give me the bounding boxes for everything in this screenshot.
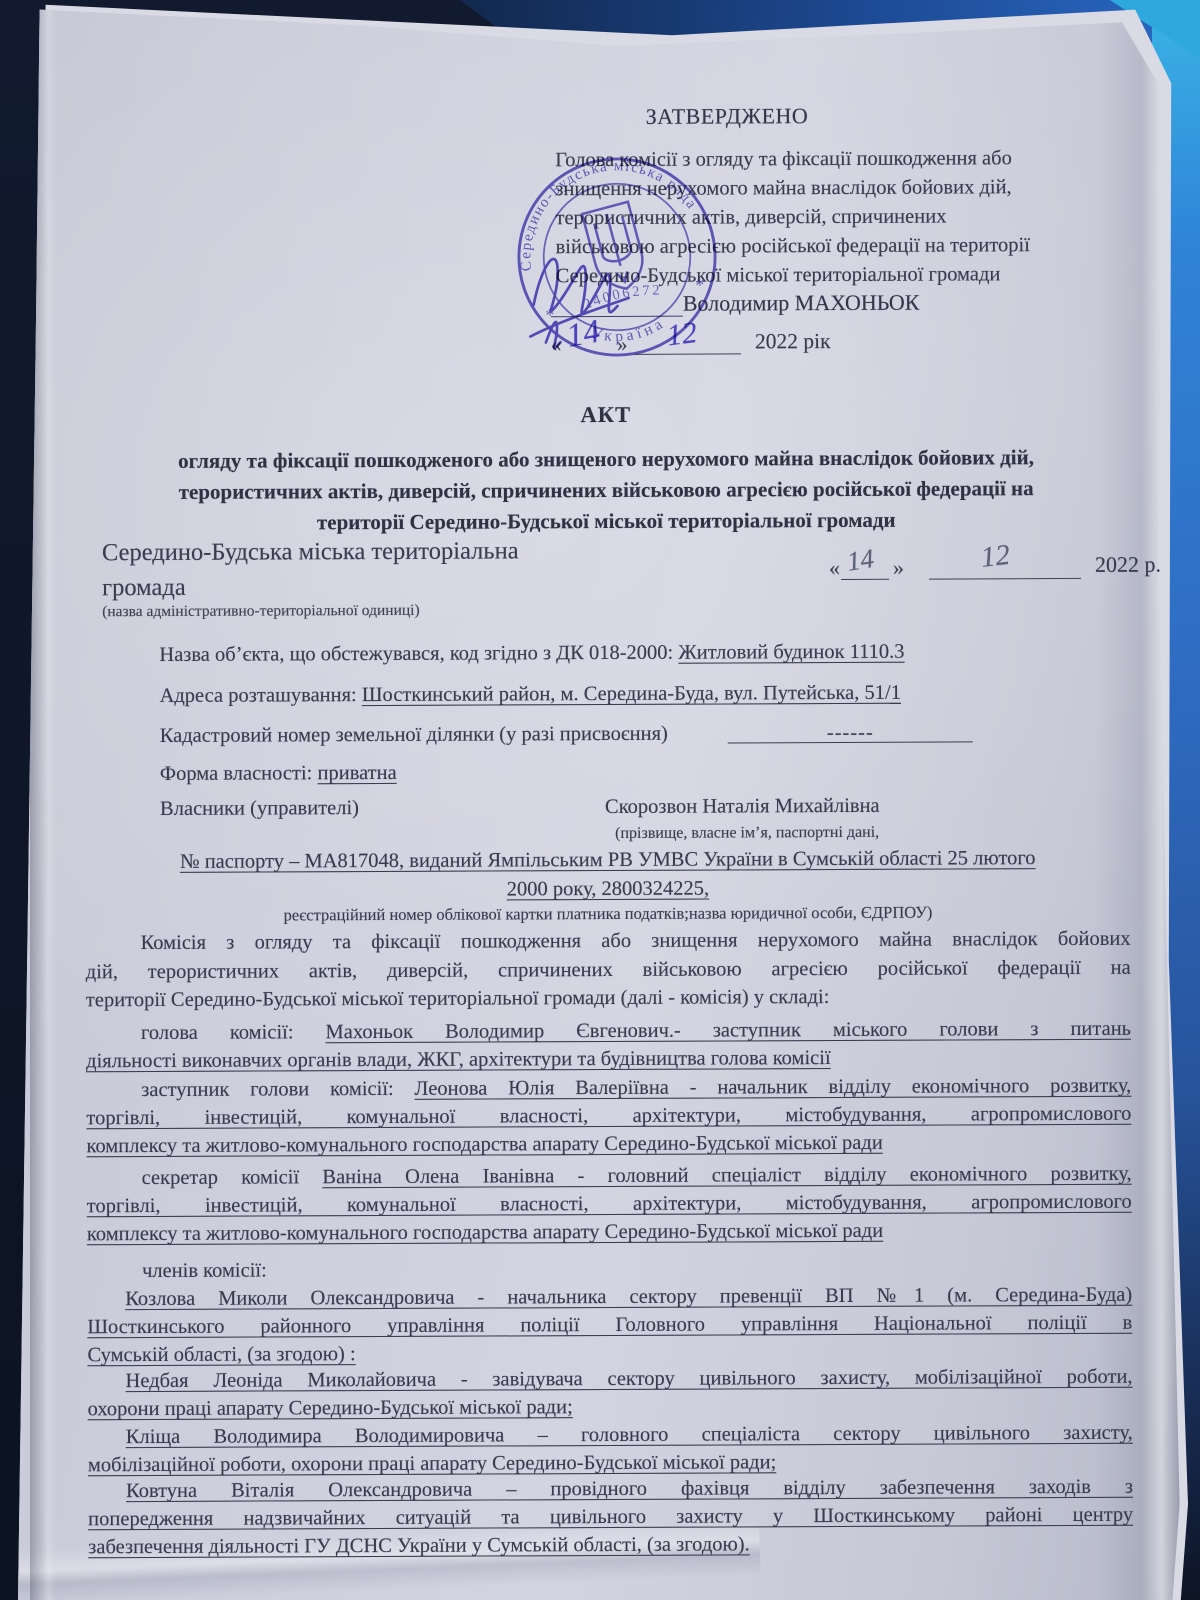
ownership-field: Форма власності: приватна <box>85 756 1200 788</box>
member-entry-line: Козлова Миколи Олександровича - начальни… <box>87 1282 1132 1314</box>
ownership-label: Форма власності: <box>160 762 318 785</box>
member-entry-line: Недбая Леоніда Миколайовича - завідувача… <box>87 1364 1132 1396</box>
document-date-row: « 14 » 12 2022 р. <box>829 544 1179 590</box>
paper-edge-shadow <box>30 0 56 1600</box>
member-entry-line: охорони праці апарату Середино-Будської … <box>88 1394 573 1423</box>
photo-of-document: ЗАТВЕРДЖЕНО Голова комісії з огляду та ф… <box>0 0 1200 1600</box>
commission-intro-line: дій, терористичних актів, диверсій, спри… <box>86 955 1131 987</box>
territory-name-line: громада <box>102 568 519 605</box>
members-label: членів комісії: <box>142 1257 267 1285</box>
commission-secretary-line: секретар комісії Ваніна Олена Іванівна -… <box>87 1161 1132 1193</box>
owners-row: Власники (управителі) Скорозвон Наталія … <box>85 791 1200 823</box>
stamp-star-right: * <box>694 274 706 295</box>
commission-deputy-line: комплексу та житлово-комунального господ… <box>86 1130 882 1160</box>
commission-deputy-line: торгівлі, інвестицій, комунальної власно… <box>86 1101 1131 1133</box>
member-entry-line: Шосткинського районного управління поліц… <box>87 1310 1132 1342</box>
commission-intro-line: території Середино-Будської міської тери… <box>86 983 1131 1015</box>
territory-name-line: Середино-Будська міська територіальна <box>102 533 519 570</box>
year-label: 2022 р. <box>1095 552 1161 578</box>
passport-line: № паспорту – МА817048, виданий Ямпільськ… <box>85 845 1130 877</box>
passport-line: 2000 року, 2800324225, <box>85 874 1130 906</box>
official-round-stamp: Середино-Будська міська рада Україна 240… <box>469 107 765 406</box>
member-entry-line: Сумській області, (за згодою) : <box>87 1341 355 1369</box>
trident-emblem-icon <box>582 202 649 295</box>
owners-label: Власники (управителі) <box>160 797 359 820</box>
member-entry-line: забезпечення діяльності ГУ ДСНС України … <box>88 1531 750 1561</box>
deputy-value: Леонова Юлія Валеріївна - начальник відд… <box>414 1075 1131 1100</box>
member-entry-line: Кліща Володимира Володимировича – головн… <box>88 1420 1133 1452</box>
handwritten-day: 14 <box>845 543 876 578</box>
cadastre-blank-value: ------ <box>728 723 973 743</box>
handwritten-month: 12 <box>979 539 1011 575</box>
subtitle-line: огляду та фіксації пошкодженого або знищ… <box>83 442 1128 478</box>
owner-name: Скорозвон Наталія Михайлівна <box>605 793 880 821</box>
secretary-value: Ваніна Олена Іванівна - головний спеціал… <box>322 1163 1131 1189</box>
commission-deputy-line: заступник голови комісії: Леонова Юлія В… <box>86 1073 1131 1105</box>
act-subtitle: огляду та фіксації пошкодженого або знищ… <box>83 442 1128 540</box>
quote-open: « <box>829 555 840 581</box>
member-entry-line: попередження надзвичайних ситуацій та ци… <box>88 1502 1133 1534</box>
territory-caption: (назва адміністративно-територіальної од… <box>102 602 420 621</box>
head-value: Махоньок Володимир Євгенович.- заступник… <box>325 1018 1131 1044</box>
member-entry-line: Ковтуна Віталія Олександровича – провідн… <box>88 1474 1133 1506</box>
subtitle-line: терористичних актів, диверсій, спричинен… <box>84 473 1129 509</box>
cadastre-label: Кадастровий номер земельної ділянки (у р… <box>160 723 668 747</box>
quote-close: » <box>893 555 904 581</box>
cadastre-field: Кадастровий номер земельної ділянки (у р… <box>85 718 1200 750</box>
head-label: голова комісії: <box>141 1021 326 1044</box>
passport-caption: реєстраційний номер облікової картки пла… <box>85 902 1130 927</box>
territory-name: Середино-Будська міська територіальна гр… <box>102 533 519 605</box>
address-label: Адреса розташування: <box>159 684 361 707</box>
commission-head-line: діяльності виконавчих органів влади, ЖКГ… <box>86 1045 831 1075</box>
act-heading: АКТ <box>83 400 1128 431</box>
year-label: 2022 рік <box>755 329 831 354</box>
deputy-label: заступник голови комісії: <box>141 1078 414 1101</box>
commission-intro-line: Комісія з огляду та фіксації пошкодження… <box>86 926 1131 958</box>
object-label: Назва об’єкта, що обстежувався, код згід… <box>159 642 678 666</box>
address-field: Адреса розташування: Шосткинський район,… <box>84 678 1200 710</box>
owner-caption: (прізвище, власне ім’я, паспортні дані, <box>615 823 879 844</box>
object-field: Назва об’єкта, що обстежувався, код згід… <box>84 637 1200 669</box>
ownership-value: приватна <box>317 762 396 784</box>
secretary-label: секретар комісії <box>142 1166 323 1189</box>
commission-head-line: голова комісії: Махоньок Володимир Євген… <box>86 1016 1131 1048</box>
address-value: Шосткинський район, м. Середина-Буда, ву… <box>362 682 901 706</box>
commission-secretary-line: комплексу та житлово-комунального господ… <box>87 1218 883 1248</box>
commission-secretary-line: торгівлі, інвестицій, комунальної власно… <box>87 1189 1132 1221</box>
object-value: Житловий будинок 1110.3 <box>678 641 904 664</box>
